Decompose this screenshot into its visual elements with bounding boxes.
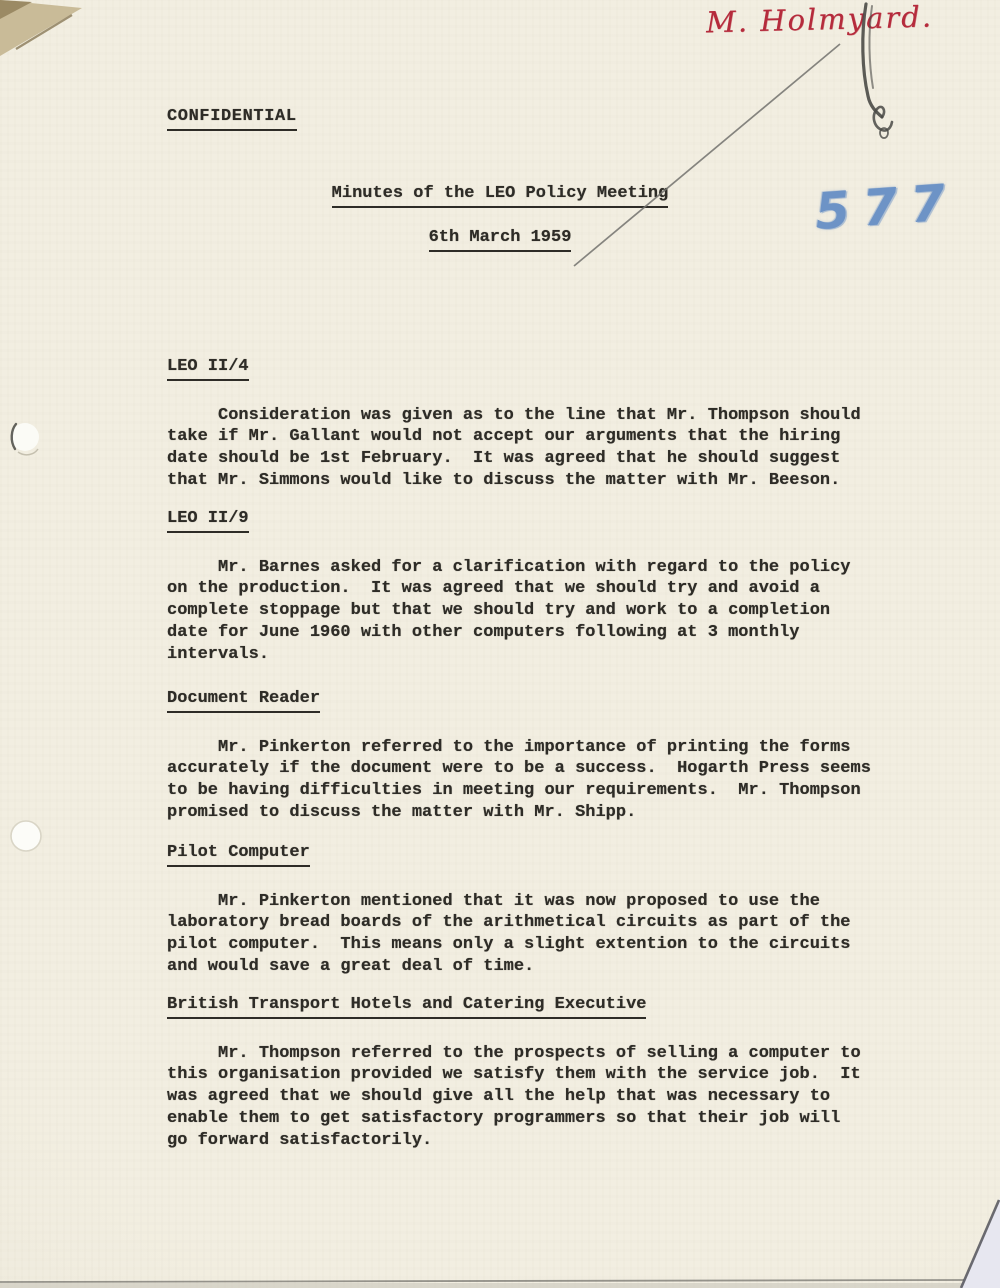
scanned-document-screenshot: { "document": { "classification": "CONFI… bbox=[0, 0, 1000, 1288]
section-heading-text: Pilot Computer bbox=[167, 842, 310, 867]
section-heading-text: Document Reader bbox=[167, 688, 320, 713]
page-corner-clip bbox=[960, 1198, 1000, 1288]
section-body: Mr. Thompson referred to the prospects o… bbox=[167, 1043, 937, 1152]
document-page: CONFIDENTIAL Minutes of the LEO Policy M… bbox=[0, 0, 1000, 1288]
section-heading: LEO II/4 bbox=[167, 356, 937, 381]
section-heading: LEO II/9 bbox=[167, 508, 937, 533]
classification-text: CONFIDENTIAL bbox=[167, 106, 297, 131]
section-heading: Document Reader bbox=[167, 688, 937, 713]
section-body: Consideration was given as to the line t… bbox=[167, 405, 937, 492]
section-heading-text: British Transport Hotels and Catering Ex… bbox=[167, 994, 646, 1019]
document-date-text: 6th March 1959 bbox=[429, 227, 572, 252]
section-leo-ii-4: LEO II/4 Consideration was given as to t… bbox=[167, 356, 937, 492]
section-british-transport-hotels: British Transport Hotels and Catering Ex… bbox=[167, 994, 937, 1151]
section-body: Mr. Pinkerton mentioned that it was now … bbox=[167, 891, 937, 978]
document-title-text: Minutes of the LEO Policy Meeting bbox=[332, 183, 669, 208]
section-heading: British Transport Hotels and Catering Ex… bbox=[167, 994, 937, 1019]
section-heading-text: LEO II/9 bbox=[167, 508, 249, 533]
handwritten-name-annotation: M. Holmyard. bbox=[706, 0, 967, 39]
section-leo-ii-9: LEO II/9 Mr. Barnes asked for a clarific… bbox=[167, 508, 937, 665]
section-pilot-computer: Pilot Computer Mr. Pinkerton mentioned t… bbox=[167, 842, 937, 978]
punch-hole-top bbox=[11, 423, 39, 455]
punch-hole-bottom bbox=[11, 821, 41, 851]
page-corner-fold bbox=[0, 0, 82, 56]
classification-heading: CONFIDENTIAL bbox=[167, 106, 297, 131]
section-body: Mr. Barnes asked for a clarification wit… bbox=[167, 557, 937, 666]
section-heading-text: LEO II/4 bbox=[167, 356, 249, 381]
section-body: Mr. Pinkerton referred to the importance… bbox=[167, 737, 937, 824]
filing-number-annotation: 577 bbox=[813, 173, 960, 241]
section-heading: Pilot Computer bbox=[167, 842, 937, 867]
section-document-reader: Document Reader Mr. Pinkerton referred t… bbox=[167, 688, 937, 824]
page-bottom-edge bbox=[0, 1280, 968, 1288]
